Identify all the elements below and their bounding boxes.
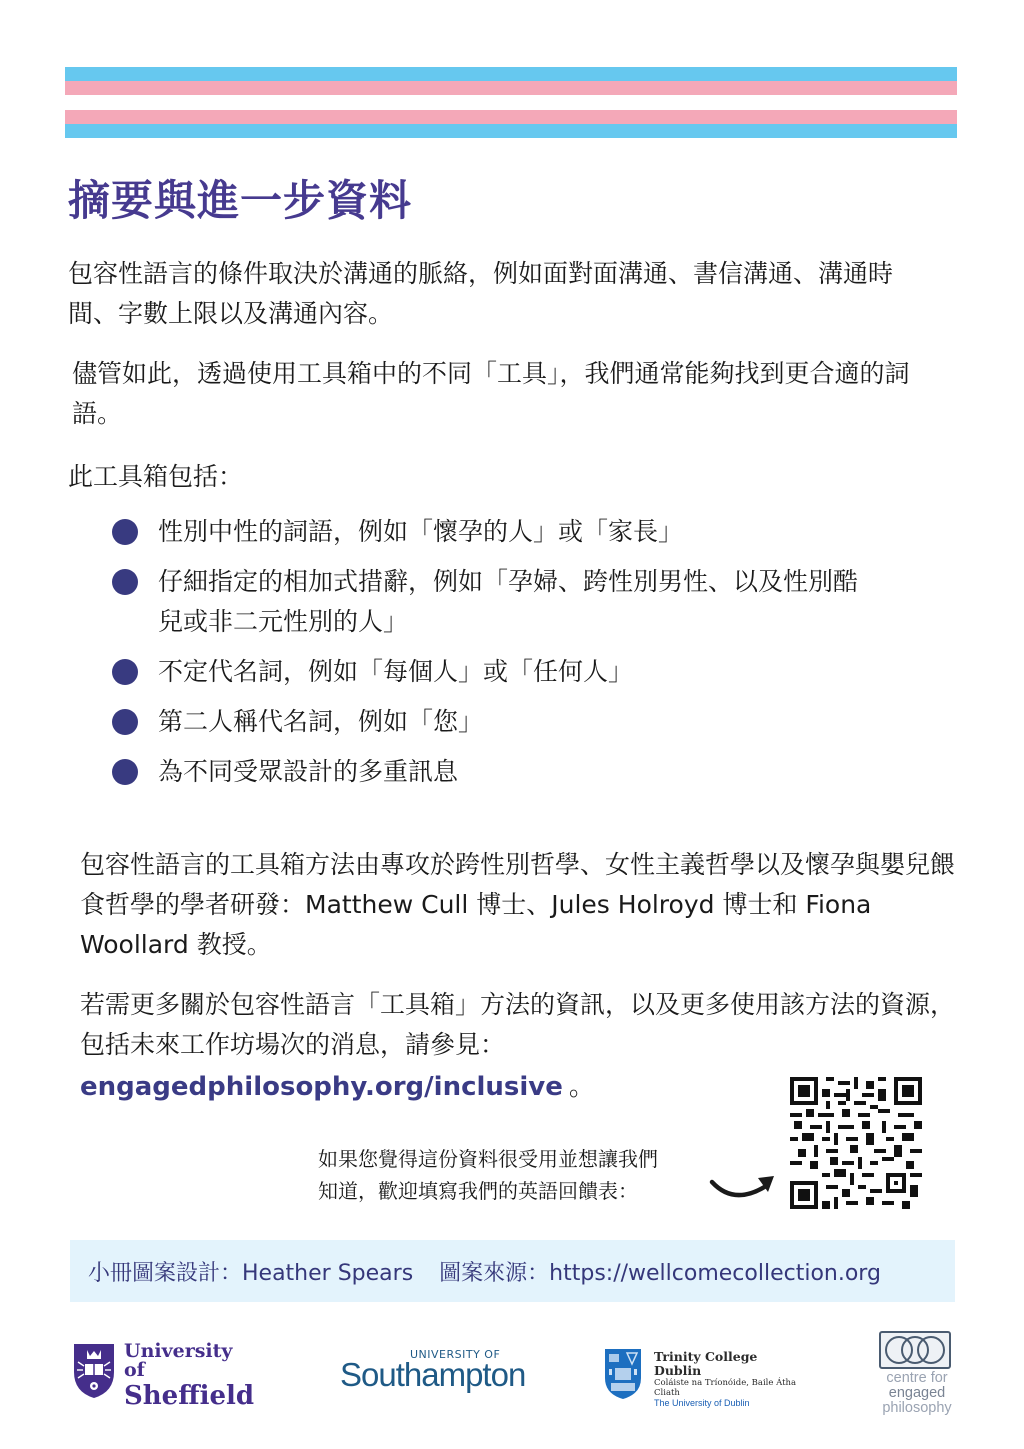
intro-paragraph: 包容性語言的條件取決於溝通的脈絡，例如面對面溝通、書信溝通、溝通時間、字數上限以… [68, 254, 938, 334]
feedback-line-1: 如果您覺得這份資料很受用並想讓我們 [318, 1147, 658, 1171]
stripe-blue [65, 67, 957, 81]
toolbox-intro: 此工具箱包括： [68, 457, 243, 497]
bullet-icon [112, 759, 138, 785]
website-link-line: engagedphilosophy.org/inclusive。 [80, 1067, 595, 1107]
list-item-text: 性別中性的詞語，例如「懷孕的人」或「家長」 [158, 517, 683, 546]
cep-wordmark: centre for engaged philosophy [881, 1371, 953, 1416]
trans-flag-stripes [65, 67, 957, 138]
university-of-southampton-logo: UNIVERSITY OF Southampton [340, 1348, 530, 1398]
sheffield-line-1: University of [124, 1342, 254, 1380]
trinity-wordmark: Trinity College Dublin Coláiste na Tríon… [654, 1350, 804, 1409]
design-credit: 小冊圖案設計：Heather Spears [88, 1261, 413, 1286]
trinity-crest-icon [604, 1348, 642, 1400]
toolbox-list: 性別中性的詞語，例如「懷孕的人」或「家長」 仔細指定的相加式措辭，例如「孕婦、跨… [110, 512, 870, 802]
list-item-text: 為不同受眾設計的多重訊息 [158, 757, 458, 786]
qr-code-icon[interactable] [790, 1077, 922, 1209]
sheffield-crest-icon [72, 1342, 116, 1400]
credits-text: 小冊圖案設計：Heather Spears圖案來源：https://wellco… [88, 1256, 881, 1287]
toolbox-paragraph: 儘管如此，透過使用工具箱中的不同「工具」，我們通常能夠找到更合適的詞語。 [72, 354, 952, 434]
credits-bar: 小冊圖案設計：Heather Spears圖案來源：https://wellco… [70, 1240, 955, 1302]
sheffield-line-2: Sheffield [124, 1383, 254, 1409]
university-of-sheffield-logo: University of Sheffield [72, 1342, 252, 1402]
image-source-credit: 圖案來源：https://wellcomecollection.org [439, 1261, 881, 1286]
trinity-line-1: Trinity College Dublin [654, 1350, 804, 1379]
stripe-blue [65, 124, 957, 138]
trinity-college-dublin-logo: Trinity College Dublin Coláiste na Tríon… [604, 1346, 804, 1402]
list-item-text: 仔細指定的相加式措辭，例如「孕婦、跨性別男性、以及性別酷兒或非二元性別的人」 [158, 567, 858, 636]
stripe-pink [65, 110, 957, 124]
more-info-paragraph: 若需更多關於包容性語言「工具箱」方法的資訊，以及更多使用該方法的資源，包括未來工… [80, 985, 960, 1065]
bullet-icon [112, 659, 138, 685]
link-suffix: 。 [569, 1072, 595, 1102]
centre-for-engaged-philosophy-logo: centre for engaged philosophy [877, 1330, 955, 1422]
list-item: 性別中性的詞語，例如「懷孕的人」或「家長」 [110, 512, 870, 552]
bullet-icon [112, 709, 138, 735]
southampton-wordmark: Southampton [340, 1356, 525, 1394]
list-item-text: 不定代名詞，例如「每個人」或「任何人」 [158, 657, 633, 686]
bullet-icon [112, 569, 138, 595]
authors-paragraph: 包容性語言的工具箱方法由專攻於跨性別哲學、女性主義哲學以及懷孕與嬰兒餵食哲學的學… [80, 845, 960, 965]
cep-line-3: philosophy [881, 1401, 953, 1416]
curved-arrow-icon [708, 1168, 780, 1208]
feedback-text: 如果您覺得這份資料很受用並想讓我們 知道，歡迎填寫我們的英語回饋表： [318, 1143, 748, 1207]
feedback-line-2: 知道，歡迎填寫我們的英語回饋表： [318, 1179, 638, 1203]
cep-line-2: engaged [881, 1386, 953, 1401]
sheffield-wordmark: University of Sheffield [124, 1342, 254, 1409]
stripe-pink [65, 81, 957, 95]
stripe-white [65, 95, 957, 109]
cep-mark-icon [879, 1331, 951, 1369]
list-item: 仔細指定的相加式措辭，例如「孕婦、跨性別男性、以及性別酷兒或非二元性別的人」 [110, 562, 870, 642]
list-item: 不定代名詞，例如「每個人」或「任何人」 [110, 652, 870, 692]
bullet-icon [112, 519, 138, 545]
trinity-line-2: Coláiste na Tríonóide, Baile Átha Cliath [654, 1379, 804, 1399]
website-link[interactable]: engagedphilosophy.org/inclusive [80, 1072, 563, 1102]
list-item: 第二人稱代名詞，例如「您」 [110, 702, 870, 742]
list-item-text: 第二人稱代名詞，例如「您」 [158, 707, 483, 736]
cep-line-1: centre for [881, 1371, 953, 1386]
page-title: 摘要與進一步資料 [68, 168, 412, 228]
list-item: 為不同受眾設計的多重訊息 [110, 752, 870, 792]
trinity-line-3: The University of Dublin [654, 1398, 804, 1408]
